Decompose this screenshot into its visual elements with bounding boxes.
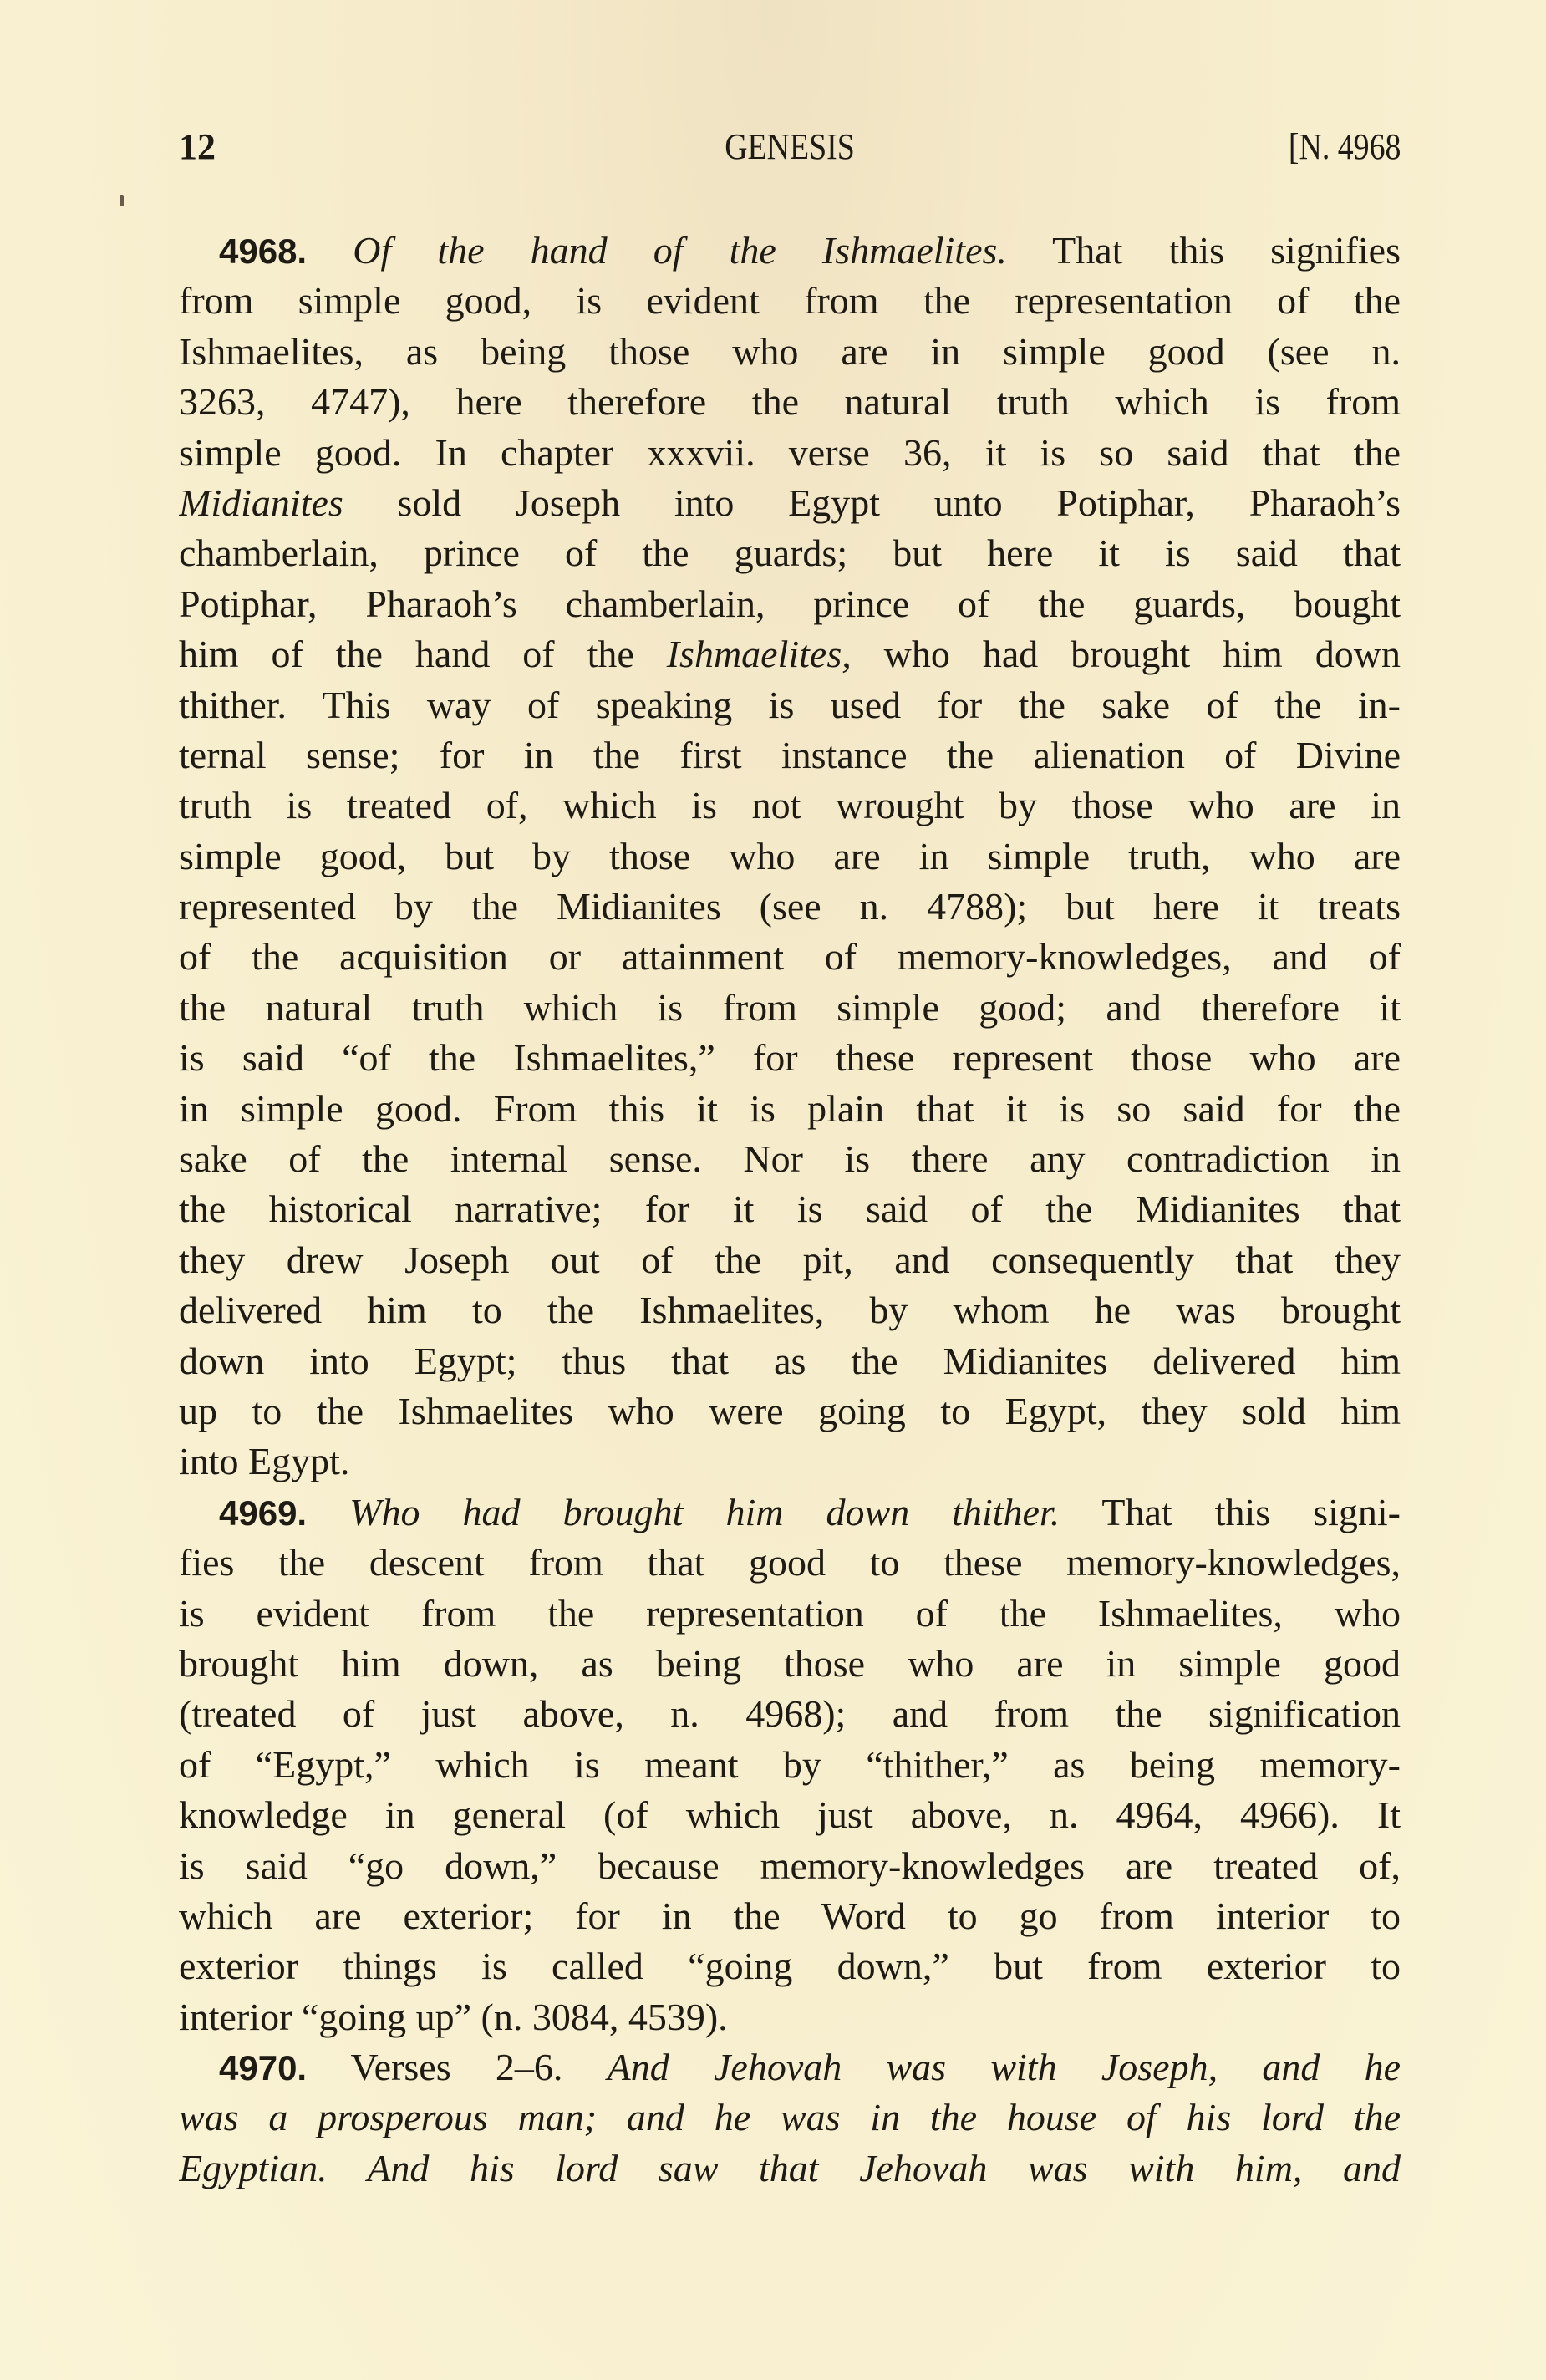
text-line: Ishmaelites, as being those who are in s…	[179, 327, 1401, 377]
italic-run: Of the hand of the Ishmaelites.	[353, 229, 1007, 272]
text-run: him of the hand of the	[179, 633, 667, 675]
text-line: truth is treated of, which is not wrough…	[179, 781, 1401, 831]
text-line: 4969. Who had brought him down thither. …	[179, 1487, 1401, 1538]
text-line: represented by the Midianites (see n. 47…	[179, 882, 1401, 932]
text-run	[307, 229, 353, 272]
text-run: is said “of the Ishmaelites,” for these …	[179, 1036, 1401, 1079]
section-reference: [N. 4968	[1288, 125, 1401, 168]
italic-run: Midianites	[179, 481, 343, 524]
paragraph-4969: 4969. Who had brought him down thither. …	[179, 1487, 1401, 2042]
text-run: from simple good, is evident from the re…	[179, 279, 1401, 322]
text-line: Potiphar, Pharaoh’s chamberlain, prince …	[179, 579, 1401, 629]
text-line: 4968. Of the hand of the Ishmaelites. Th…	[179, 226, 1401, 276]
text-line: of “Egypt,” which is meant by “thither,”…	[179, 1740, 1401, 1790]
text-run: That this signi-	[1060, 1491, 1401, 1533]
text-run: (treated of just above, n. 4968); and fr…	[179, 1692, 1401, 1735]
running-header: 12 GENESIS [N. 4968	[179, 125, 1401, 175]
text-line: 4970. Verses 2–6. And Jehovah was with J…	[179, 2042, 1401, 2093]
text-run: brought him down, as being those who are…	[179, 1642, 1401, 1685]
text-run: delivered him to the Ishmaelites, by who…	[179, 1289, 1401, 1331]
text-line: is said “go down,” because memory-knowle…	[179, 1841, 1401, 1891]
text-line: up to the Ishmaelites who were going to …	[179, 1386, 1401, 1437]
text-line: thither. This way of speaking is used fo…	[179, 680, 1401, 730]
text-run: knowledge in general (of which just abov…	[179, 1793, 1401, 1836]
text-line: brought him down, as being those who are…	[179, 1639, 1401, 1689]
text-run: down into Egypt; thus that as the Midian…	[179, 1340, 1401, 1382]
italic-run: Egyptian. And his lord saw that Jehovah …	[179, 2147, 1401, 2189]
text-run: simple good, but by those who are in sim…	[179, 835, 1401, 877]
paragraph-number: 4969.	[219, 1493, 307, 1533]
text-run: of the acquisition or attainment of memo…	[179, 935, 1401, 978]
page-number: 12	[179, 125, 216, 168]
paragraph-4968: 4968. Of the hand of the Ishmaelites. Th…	[179, 226, 1401, 1487]
ink-speck	[120, 195, 124, 206]
text-line: simple good, but by those who are in sim…	[179, 831, 1401, 882]
text-line: they drew Joseph out of the pit, and con…	[179, 1235, 1401, 1285]
text-line: which are exterior; for in the Word to g…	[179, 1891, 1401, 1941]
text-run: thither. This way of speaking is used fo…	[179, 684, 1401, 726]
text-line: simple good. In chapter xxxvii. verse 36…	[179, 428, 1401, 478]
paragraph-number: 4968.	[219, 231, 307, 271]
text-line: (treated of just above, n. 4968); and fr…	[179, 1689, 1401, 1739]
text-run: interior “going up” (n. 3084, 4539).	[179, 1996, 728, 2038]
paragraph-4970: 4970. Verses 2–6. And Jehovah was with J…	[179, 2042, 1401, 2194]
italic-run: Ishmaelites,	[667, 633, 852, 675]
text-line: sake of the internal sense. Nor is there…	[179, 1134, 1401, 1184]
text-run: Potiphar, Pharaoh’s chamberlain, prince …	[179, 582, 1401, 625]
text-line: delivered him to the Ishmaelites, by who…	[179, 1285, 1401, 1335]
text-run: sold Joseph into Egypt unto Potiphar, Ph…	[343, 481, 1401, 524]
text-run: in simple good. From this it is plain th…	[179, 1087, 1401, 1130]
text-line: from simple good, is evident from the re…	[179, 276, 1401, 326]
text-run: That this signifies	[1007, 229, 1401, 272]
text-run: the natural truth which is from simple g…	[179, 986, 1401, 1029]
text-line: ternal sense; for in the first instance …	[179, 730, 1401, 781]
text-run: Verses 2–6.	[307, 2046, 608, 2088]
text-line: Midianites sold Joseph into Egypt unto P…	[179, 478, 1401, 528]
text-line: in simple good. From this it is plain th…	[179, 1084, 1401, 1134]
italic-run: And Jehovah was with Joseph, and he	[608, 2046, 1401, 2088]
text-run: the historical narrative; for it is said…	[179, 1187, 1401, 1230]
text-run: who had brought him down	[852, 633, 1401, 675]
text-line: 3263, 4747), here therefore the natural …	[179, 377, 1401, 427]
italic-run: Who had brought him down thither.	[349, 1491, 1060, 1533]
text-run: they drew Joseph out of the pit, and con…	[179, 1238, 1401, 1281]
text-run: exterior things is called “going down,” …	[179, 1945, 1401, 1987]
text-run: of “Egypt,” which is meant by “thither,”…	[179, 1743, 1401, 1786]
text-run: is evident from the representation of th…	[179, 1592, 1401, 1635]
text-run: is said “go down,” because memory-knowle…	[179, 1844, 1401, 1887]
text-run: fies the descent from that good to these…	[179, 1541, 1401, 1584]
text-run: truth is treated of, which is not wrough…	[179, 784, 1401, 826]
running-title: GENESIS	[264, 125, 1315, 168]
text-line: the historical narrative; for it is said…	[179, 1184, 1401, 1234]
text-line: fies the descent from that good to these…	[179, 1538, 1401, 1588]
text-run: 3263, 4747), here therefore the natural …	[179, 380, 1401, 423]
text-line: into Egypt.	[179, 1437, 1401, 1487]
text-line: is said “of the Ishmaelites,” for these …	[179, 1033, 1401, 1083]
text-run	[307, 1491, 349, 1533]
text-run: chamberlain, prince of the guards; but h…	[179, 531, 1401, 574]
text-run: up to the Ishmaelites who were going to …	[179, 1390, 1401, 1432]
text-line: the natural truth which is from simple g…	[179, 983, 1401, 1033]
text-run: Ishmaelites, as being those who are in s…	[179, 330, 1401, 373]
text-line: is evident from the representation of th…	[179, 1589, 1401, 1639]
text-line: down into Egypt; thus that as the Midian…	[179, 1336, 1401, 1386]
italic-run: was a prosperous man; and he was in the …	[179, 2096, 1401, 2138]
text-line: knowledge in general (of which just abov…	[179, 1790, 1401, 1840]
text-line: of the acquisition or attainment of memo…	[179, 932, 1401, 982]
text-run: into Egypt.	[179, 1440, 349, 1482]
text-line: was a prosperous man; and he was in the …	[179, 2093, 1401, 2143]
text-line: chamberlain, prince of the guards; but h…	[179, 528, 1401, 578]
text-line: interior “going up” (n. 3084, 4539).	[179, 1992, 1401, 2042]
text-run: ternal sense; for in the first instance …	[179, 734, 1401, 776]
text-line: him of the hand of the Ishmaelites, who …	[179, 629, 1401, 679]
page-body: 4968. Of the hand of the Ishmaelites. Th…	[179, 226, 1401, 2194]
text-run: which are exterior; for in the Word to g…	[179, 1894, 1401, 1937]
text-line: Egyptian. And his lord saw that Jehovah …	[179, 2144, 1401, 2194]
text-run: simple good. In chapter xxxvii. verse 36…	[179, 431, 1401, 474]
text-run: sake of the internal sense. Nor is there…	[179, 1137, 1401, 1180]
paragraph-number: 4970.	[219, 2048, 307, 2088]
text-run: represented by the Midianites (see n. 47…	[179, 885, 1401, 928]
text-line: exterior things is called “going down,” …	[179, 1941, 1401, 1991]
